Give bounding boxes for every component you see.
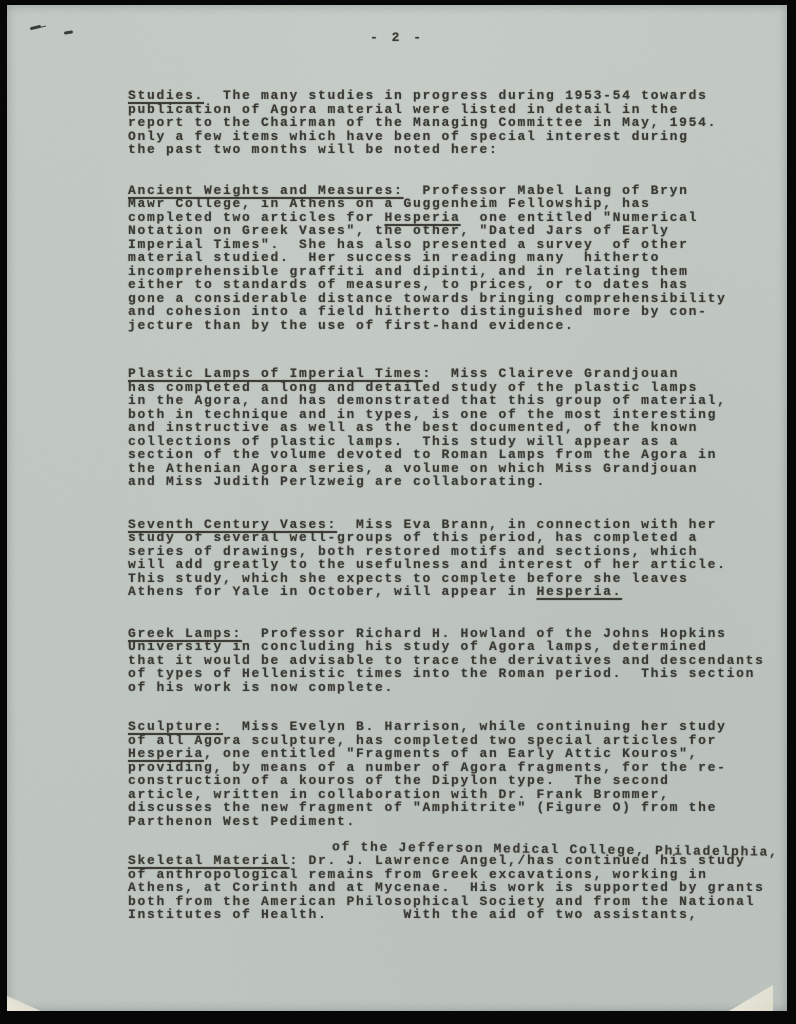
text-line: construction of a kouros of the Dipylon … [128, 774, 793, 788]
text-line: section of the volume devoted to Roman L… [128, 448, 793, 462]
text-line: incomprehensible graffiti and dipinti, a… [128, 265, 793, 279]
text-line: of anthropological remains from Greek ex… [128, 868, 793, 882]
paragraph: Greek Lamps: Professor Richard H. Howlan… [128, 627, 793, 695]
scanned-page: - 2 - Studies. The many studies in progr… [7, 5, 787, 1011]
text-line: of types of Hellenistic times into the R… [128, 667, 793, 681]
text-line: report to the Chairman of the Managing C… [128, 116, 793, 130]
text-line: Parthenon West Pediment. [128, 815, 793, 829]
text-line: Studies. The many studies in progress du… [128, 89, 793, 103]
text-column: Studies. The many studies in progress du… [128, 89, 793, 922]
text-line: the Athenian Agora series, a volume on w… [128, 462, 793, 476]
text-line: University in concluding his study of Ag… [128, 640, 793, 654]
text-line: Sculpture: Miss Evelyn B. Harrison, whil… [128, 720, 793, 734]
corner-fold-bottom-left [7, 996, 41, 1011]
text-line: Institutes of Health. With the aid of tw… [128, 908, 793, 922]
text-line: discusses the new fragment of "Amphitrit… [128, 801, 793, 815]
text-line: collections of plastic lamps. This study… [128, 435, 793, 449]
text-line: and instructive as well as the best docu… [128, 421, 793, 435]
paragraph: Seventh Century Vases: Miss Eva Brann, i… [128, 518, 793, 599]
paragraph: Sculpture: Miss Evelyn B. Harrison, whil… [128, 720, 793, 828]
text-line: Hesperia, one entitled "Fragments of an … [128, 747, 793, 761]
text-line: Imperial Times". She has also presented … [128, 238, 793, 252]
text-line: that it would be advisable to trace the … [128, 654, 793, 668]
paragraph: Skeletal Material: Dr. J. Lawrence Angel… [128, 854, 793, 922]
paragraph: Plastic Lamps of Imperial Times: Miss Cl… [128, 367, 793, 489]
text-line: series of drawings, both restored motifs… [128, 545, 793, 559]
text-line: of all Agora sculpture, has completed tw… [128, 734, 793, 748]
paragraph: Ancient Weights and Measures: Professor … [128, 184, 793, 333]
text-line: will add greatly to the usefulness and i… [128, 558, 793, 572]
text-line: completed two articles for Hesperia one … [128, 211, 793, 225]
text-line: publication of Agora material were liste… [128, 103, 793, 117]
text-line: jecture than by the use of first-hand ev… [128, 319, 793, 333]
text-line: This study, which she expects to complet… [128, 572, 793, 586]
text-line: either to standards of measures, to pric… [128, 278, 793, 292]
text-line: in the Agora, and has demonstrated that … [128, 394, 793, 408]
text-line: both from the American Philosophical Soc… [128, 895, 793, 909]
text-line: Athens for Yale in October, will appear … [128, 585, 793, 599]
corner-fold-bottom-right [729, 985, 773, 1011]
paragraph: Studies. The many studies in progress du… [128, 89, 793, 157]
text-line: has completed a long and detailed study … [128, 381, 793, 395]
text-line: the past two months will be noted here: [128, 143, 793, 157]
text-line: article, written in collaboration with D… [128, 788, 793, 802]
text-line: Athens, at Corinth and at Mycenae. His w… [128, 881, 793, 895]
text-line: material studied. Her success in reading… [128, 251, 793, 265]
text-line: and Miss Judith Perlzweig are collaborat… [128, 475, 793, 489]
text-line: Mawr College, in Athens on a Guggenheim … [128, 197, 793, 211]
text-line: study of several well-groups of this per… [128, 531, 793, 545]
text-line: both in technique and in types, is one o… [128, 408, 793, 422]
text-line: gone a considerable distance towards bri… [128, 292, 793, 306]
text-line: Notation on Greek Vases", the other, "Da… [128, 224, 793, 238]
text-line: of his work is now complete. [128, 681, 793, 695]
text-line: Ancient Weights and Measures: Professor … [128, 184, 793, 198]
text-line: and cohesion into a field hitherto disti… [128, 305, 793, 319]
text-line: Only a few items which have been of spec… [128, 130, 793, 144]
text-line: providing, by means of a number of Agora… [128, 761, 793, 775]
text-line: Greek Lamps: Professor Richard H. Howlan… [128, 627, 793, 641]
page-number: - 2 - [7, 30, 787, 45]
text-line: Plastic Lamps of Imperial Times: Miss Cl… [128, 367, 793, 381]
text-line: Seventh Century Vases: Miss Eva Brann, i… [128, 518, 793, 532]
